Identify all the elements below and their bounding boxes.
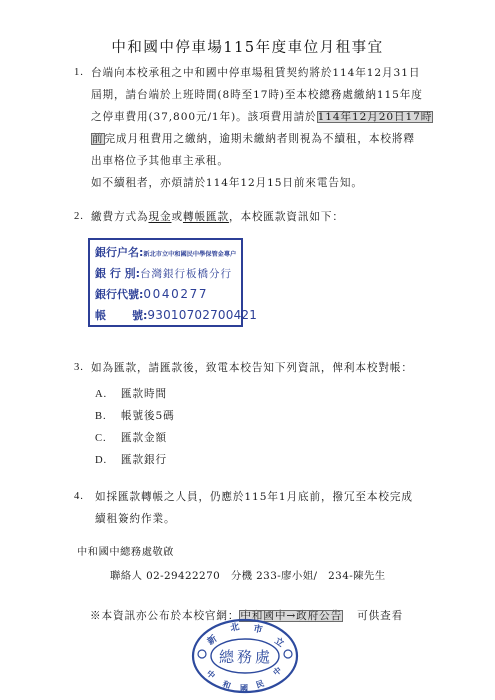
- svg-text:新: 新: [205, 632, 219, 647]
- item-1-line-6: 如不續租者，亦煩請於114年12月15日前來電告知。: [91, 172, 433, 194]
- payment-option-transfer: 轉帳匯款: [183, 211, 229, 223]
- stamp-account-no: 帳號:93010702700421: [95, 307, 257, 323]
- item-3-number: 3.: [74, 357, 84, 379]
- svg-text:國: 國: [240, 683, 248, 693]
- deadline-highlight-cont: 前: [91, 133, 105, 145]
- item-1-line-5: 出車格位予其他車主承租。: [91, 150, 433, 172]
- seal-icon: 新 北 市 立 中 和 國 民 中 總 務 處: [190, 618, 300, 696]
- item-2-number: 2.: [74, 206, 84, 228]
- stamp-account-name: 銀行户名:新北市立中和國民中學保管金專户: [95, 244, 236, 260]
- stamp-bank-code-label: 銀行代號:: [95, 288, 143, 301]
- subitem-c-letter: C.: [95, 433, 121, 444]
- svg-text:中: 中: [205, 668, 218, 681]
- item-1-line-1: 台端向本校承租之中和國中停車場租賃契約將於114年12月31日: [91, 62, 433, 84]
- notice-suffix: 可供查看: [357, 610, 403, 622]
- item-4-line-2: 續租簽約作業。: [95, 508, 413, 530]
- stamp-account-no-value: 93010702700421: [147, 308, 257, 322]
- item-1-line-4: 前完成月租費用之繳納，逾期未繳納者則視為不續租，本校將釋: [91, 128, 433, 150]
- payment-option-cash: 現金: [148, 211, 171, 223]
- item-1-number: 1.: [74, 62, 84, 84]
- item-4-number: 4.: [74, 486, 84, 508]
- stamp-account-no-label-1: 帳: [95, 309, 106, 322]
- subitem-b: B.帳號後5碼: [95, 408, 175, 423]
- stamp-bank-code-value: 0040277: [143, 287, 208, 301]
- signature-contact: 聯絡人 02-29422270 分機 233-廖小姐/ 234-陳先生: [110, 565, 386, 587]
- item-1-line-2: 屆期，請台端於上班時間(8時至17時)至本校總務處繳納115年度: [91, 84, 433, 106]
- item-1-line-3: 之停車費用(37,800元/1年)。該項費用請於114年12月20日17時: [91, 106, 433, 128]
- svg-text:總: 總: [219, 648, 235, 666]
- stamp-account-no-label-2: 號:: [132, 309, 147, 322]
- svg-text:市: 市: [252, 622, 263, 636]
- subitem-b-text: 帳號後5碼: [121, 410, 175, 422]
- item-2-text-after: ，本校匯款資訊如下：: [229, 211, 344, 223]
- subitem-d: D.匯款銀行: [95, 452, 167, 467]
- svg-text:民: 民: [255, 678, 266, 690]
- item-1-line-4-text: 完成月租費用之繳納，逾期未繳納者則視為不續租，本校將釋: [105, 133, 415, 145]
- subitem-c-text: 匯款金額: [121, 432, 167, 444]
- general-affairs-seal: 新 北 市 立 中 和 國 民 中 總 務 處: [190, 618, 300, 696]
- svg-text:務: 務: [237, 648, 252, 666]
- stamp-account-name-value: 新北市立中和國民中學保管金專户: [143, 251, 236, 258]
- subitem-a-letter: A.: [95, 389, 121, 400]
- signature-office: 中和國中總務處敬啟: [77, 542, 174, 564]
- item-1-line-3-text: 之停車費用(37,800元/1年)。該項費用請於: [91, 111, 317, 123]
- subitem-d-letter: D.: [95, 455, 121, 466]
- subitem-c: C.匯款金額: [95, 430, 167, 445]
- subitem-a: A.匯款時間: [95, 386, 167, 401]
- document-title: 中和國中停車場115年度車位月租事宜: [0, 36, 495, 57]
- subitem-d-text: 匯款銀行: [121, 454, 167, 466]
- stamp-bank-value: 台灣銀行板橋分行: [140, 268, 232, 280]
- item-3-text: 如為匯款，請匯款後，致電本校告知下列資訊，俾利本校對帳：: [91, 357, 413, 379]
- subitem-b-letter: B.: [95, 411, 121, 422]
- stamp-bank-code: 銀行代號:0040277: [95, 286, 208, 302]
- item-4-line-1: 如採匯款轉帳之人員，仍應於115年1月底前，撥冗至本校完成: [95, 486, 413, 508]
- item-2-text-or: 或: [171, 211, 183, 223]
- item-2-text-before: 繳費方式為: [91, 211, 148, 223]
- deadline-highlight: 114年12月20日17時: [317, 111, 434, 123]
- bank-info-stamp: 銀行户名:新北市立中和國民中學保管金專户 銀 行 別:台灣銀行板橋分行 銀行代號…: [88, 238, 243, 327]
- subitem-a-text: 匯款時間: [121, 388, 167, 400]
- stamp-account-name-label: 銀行户名:: [95, 246, 143, 259]
- svg-text:處: 處: [255, 648, 270, 666]
- stamp-bank-label: 銀 行 別:: [95, 267, 140, 280]
- stamp-bank: 銀 行 別:台灣銀行板橋分行: [95, 265, 232, 281]
